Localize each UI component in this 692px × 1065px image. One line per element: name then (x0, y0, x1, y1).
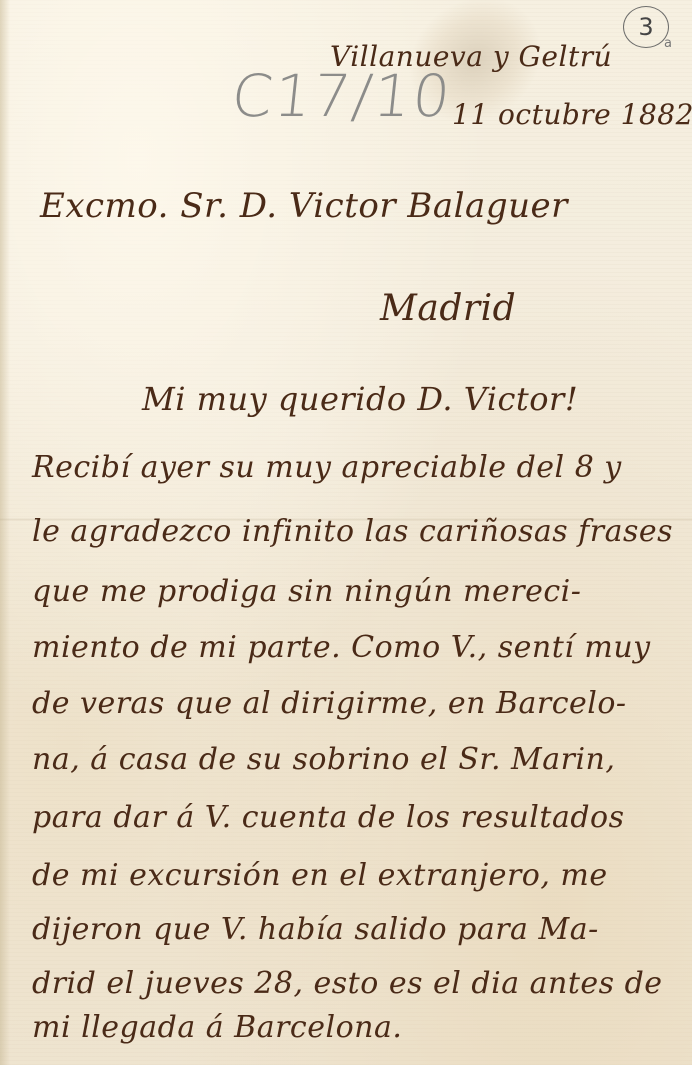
body-line: de mi excursión en el extranjero, me (32, 858, 608, 893)
body-line: para dar á V. cuenta de los resultados (32, 800, 625, 835)
folio-number: 3 (623, 6, 669, 48)
body-line: dijeron que V. había salido para Ma- (32, 912, 599, 947)
addressee-city: Madrid (380, 288, 516, 329)
body-line: drid el jueves 28, esto es el dia antes … (32, 966, 663, 1001)
salutation: Mi muy querido D. Victor! (142, 380, 578, 418)
letter-place: Villanueva y Geltrú (330, 40, 612, 73)
addressee-name: Excmo. Sr. D. Victor Balaguer (40, 186, 568, 226)
letter-page: 3 a C17/10 Villanueva y Geltrú 11 octubr… (0, 0, 692, 1065)
body-line: de veras que al dirigirme, en Barcelo- (32, 686, 627, 721)
body-line: na, á casa de su sobrino el Sr. Marin, (32, 742, 615, 777)
body-line: que me prodiga sin ningún mereci- (32, 574, 581, 609)
body-line: le agradezco infinito las cariñosas fras… (32, 514, 673, 549)
body-line: mi llegada á Barcelona. (32, 1010, 402, 1045)
body-line: miento de mi parte. Como V., sentí muy (32, 630, 651, 665)
letter-date: 11 octubre 1882 (452, 98, 692, 131)
folio-suffix: a (664, 36, 672, 51)
body-line: Recibí ayer su muy apreciable del 8 y (32, 450, 622, 485)
paper-edge (0, 0, 10, 1065)
folio-number-text: 3 (638, 13, 653, 41)
